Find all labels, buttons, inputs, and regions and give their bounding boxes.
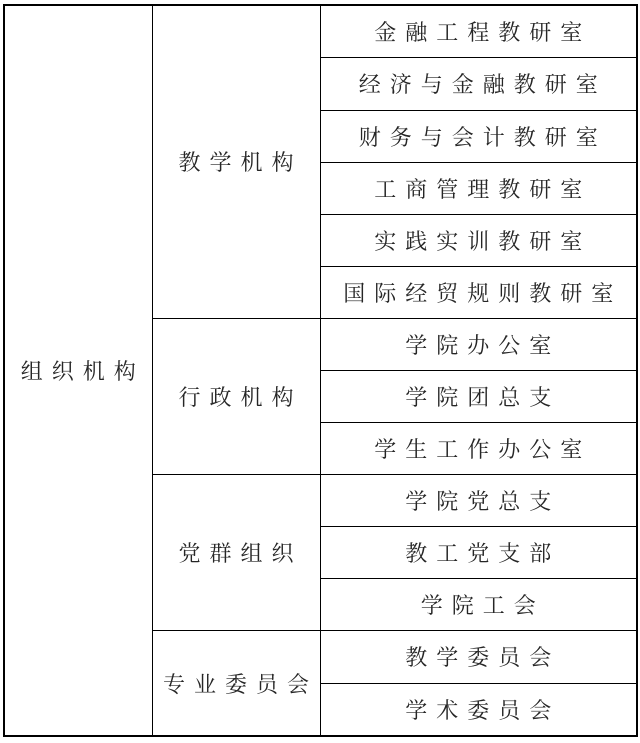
table-row: 组织机构 教学机构 金融工程教研室 [4,5,637,58]
item-cell: 财务与会计教研室 [320,110,637,162]
item-cell: 教工党支部 [320,527,637,579]
org-structure-table: 组织机构 教学机构 金融工程教研室 经济与金融教研室 财务与会计教研室 工商管理… [3,4,638,737]
root-cell: 组织机构 [4,5,152,736]
item-cell: 学院团总支 [320,370,637,422]
item-cell: 国际经贸规则教研室 [320,266,637,318]
item-cell: 学术委员会 [320,683,637,736]
group-cell-teaching: 教学机构 [152,5,320,318]
group-cell-administrative: 行政机构 [152,318,320,474]
item-cell: 工商管理教研室 [320,162,637,214]
group-cell-committee: 专业委员会 [152,631,320,736]
item-cell: 学院党总支 [320,475,637,527]
item-cell: 教学委员会 [320,631,637,683]
group-cell-party: 党群组织 [152,475,320,631]
item-cell: 学院办公室 [320,318,637,370]
item-cell: 学生工作办公室 [320,423,637,475]
item-cell: 实践实训教研室 [320,214,637,266]
item-cell: 金融工程教研室 [320,5,637,58]
item-cell: 学院工会 [320,579,637,631]
item-cell: 经济与金融教研室 [320,58,637,110]
